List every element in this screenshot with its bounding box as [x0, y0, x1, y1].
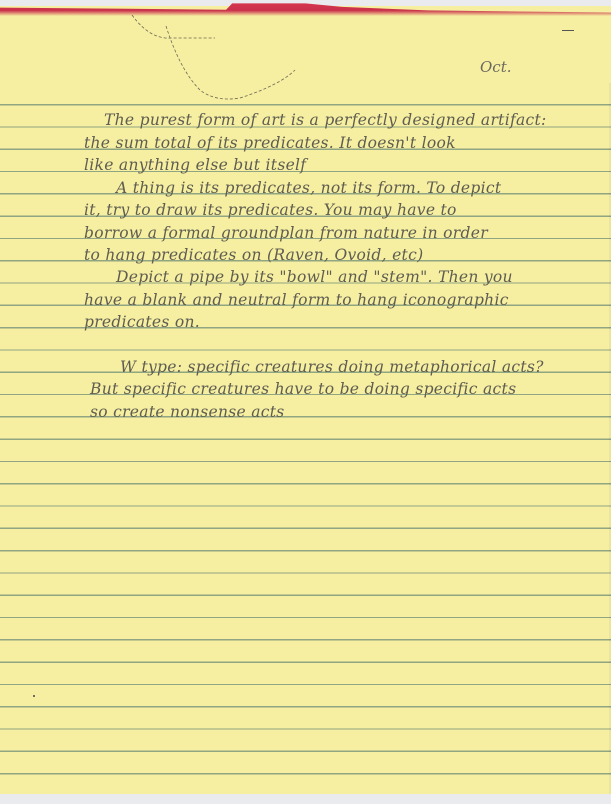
text-line: But specific creatures have to be doing … [90, 380, 516, 398]
pencil-mark [562, 30, 574, 31]
text-line: like anything else but itself [84, 156, 306, 174]
text-line: The purest form of art is a perfectly de… [104, 111, 547, 129]
text-line: the sum total of its predicates. It does… [84, 134, 456, 152]
text-line: borrow a formal groundplan from nature i… [84, 224, 488, 242]
text-line: so create nonsense acts [90, 403, 285, 421]
pencil-dot [33, 695, 35, 697]
text-line: Depict a pipe by its "bowl" and "stem". … [116, 268, 513, 286]
text-line: have a blank and neutral form to hang ic… [84, 291, 509, 309]
date-header: Oct. [480, 58, 512, 76]
pencil-doodle-curve [120, 10, 360, 110]
text-line: A thing is its predicates, not its form.… [116, 179, 501, 197]
text-line: it, try to draw its predicates. You may … [84, 201, 457, 219]
text-line: W type: specific creatures doing metapho… [120, 358, 544, 376]
text-line: to hang predicates on (Raven, Ovoid, etc… [84, 246, 423, 264]
text-line: predicates on. [84, 313, 200, 331]
